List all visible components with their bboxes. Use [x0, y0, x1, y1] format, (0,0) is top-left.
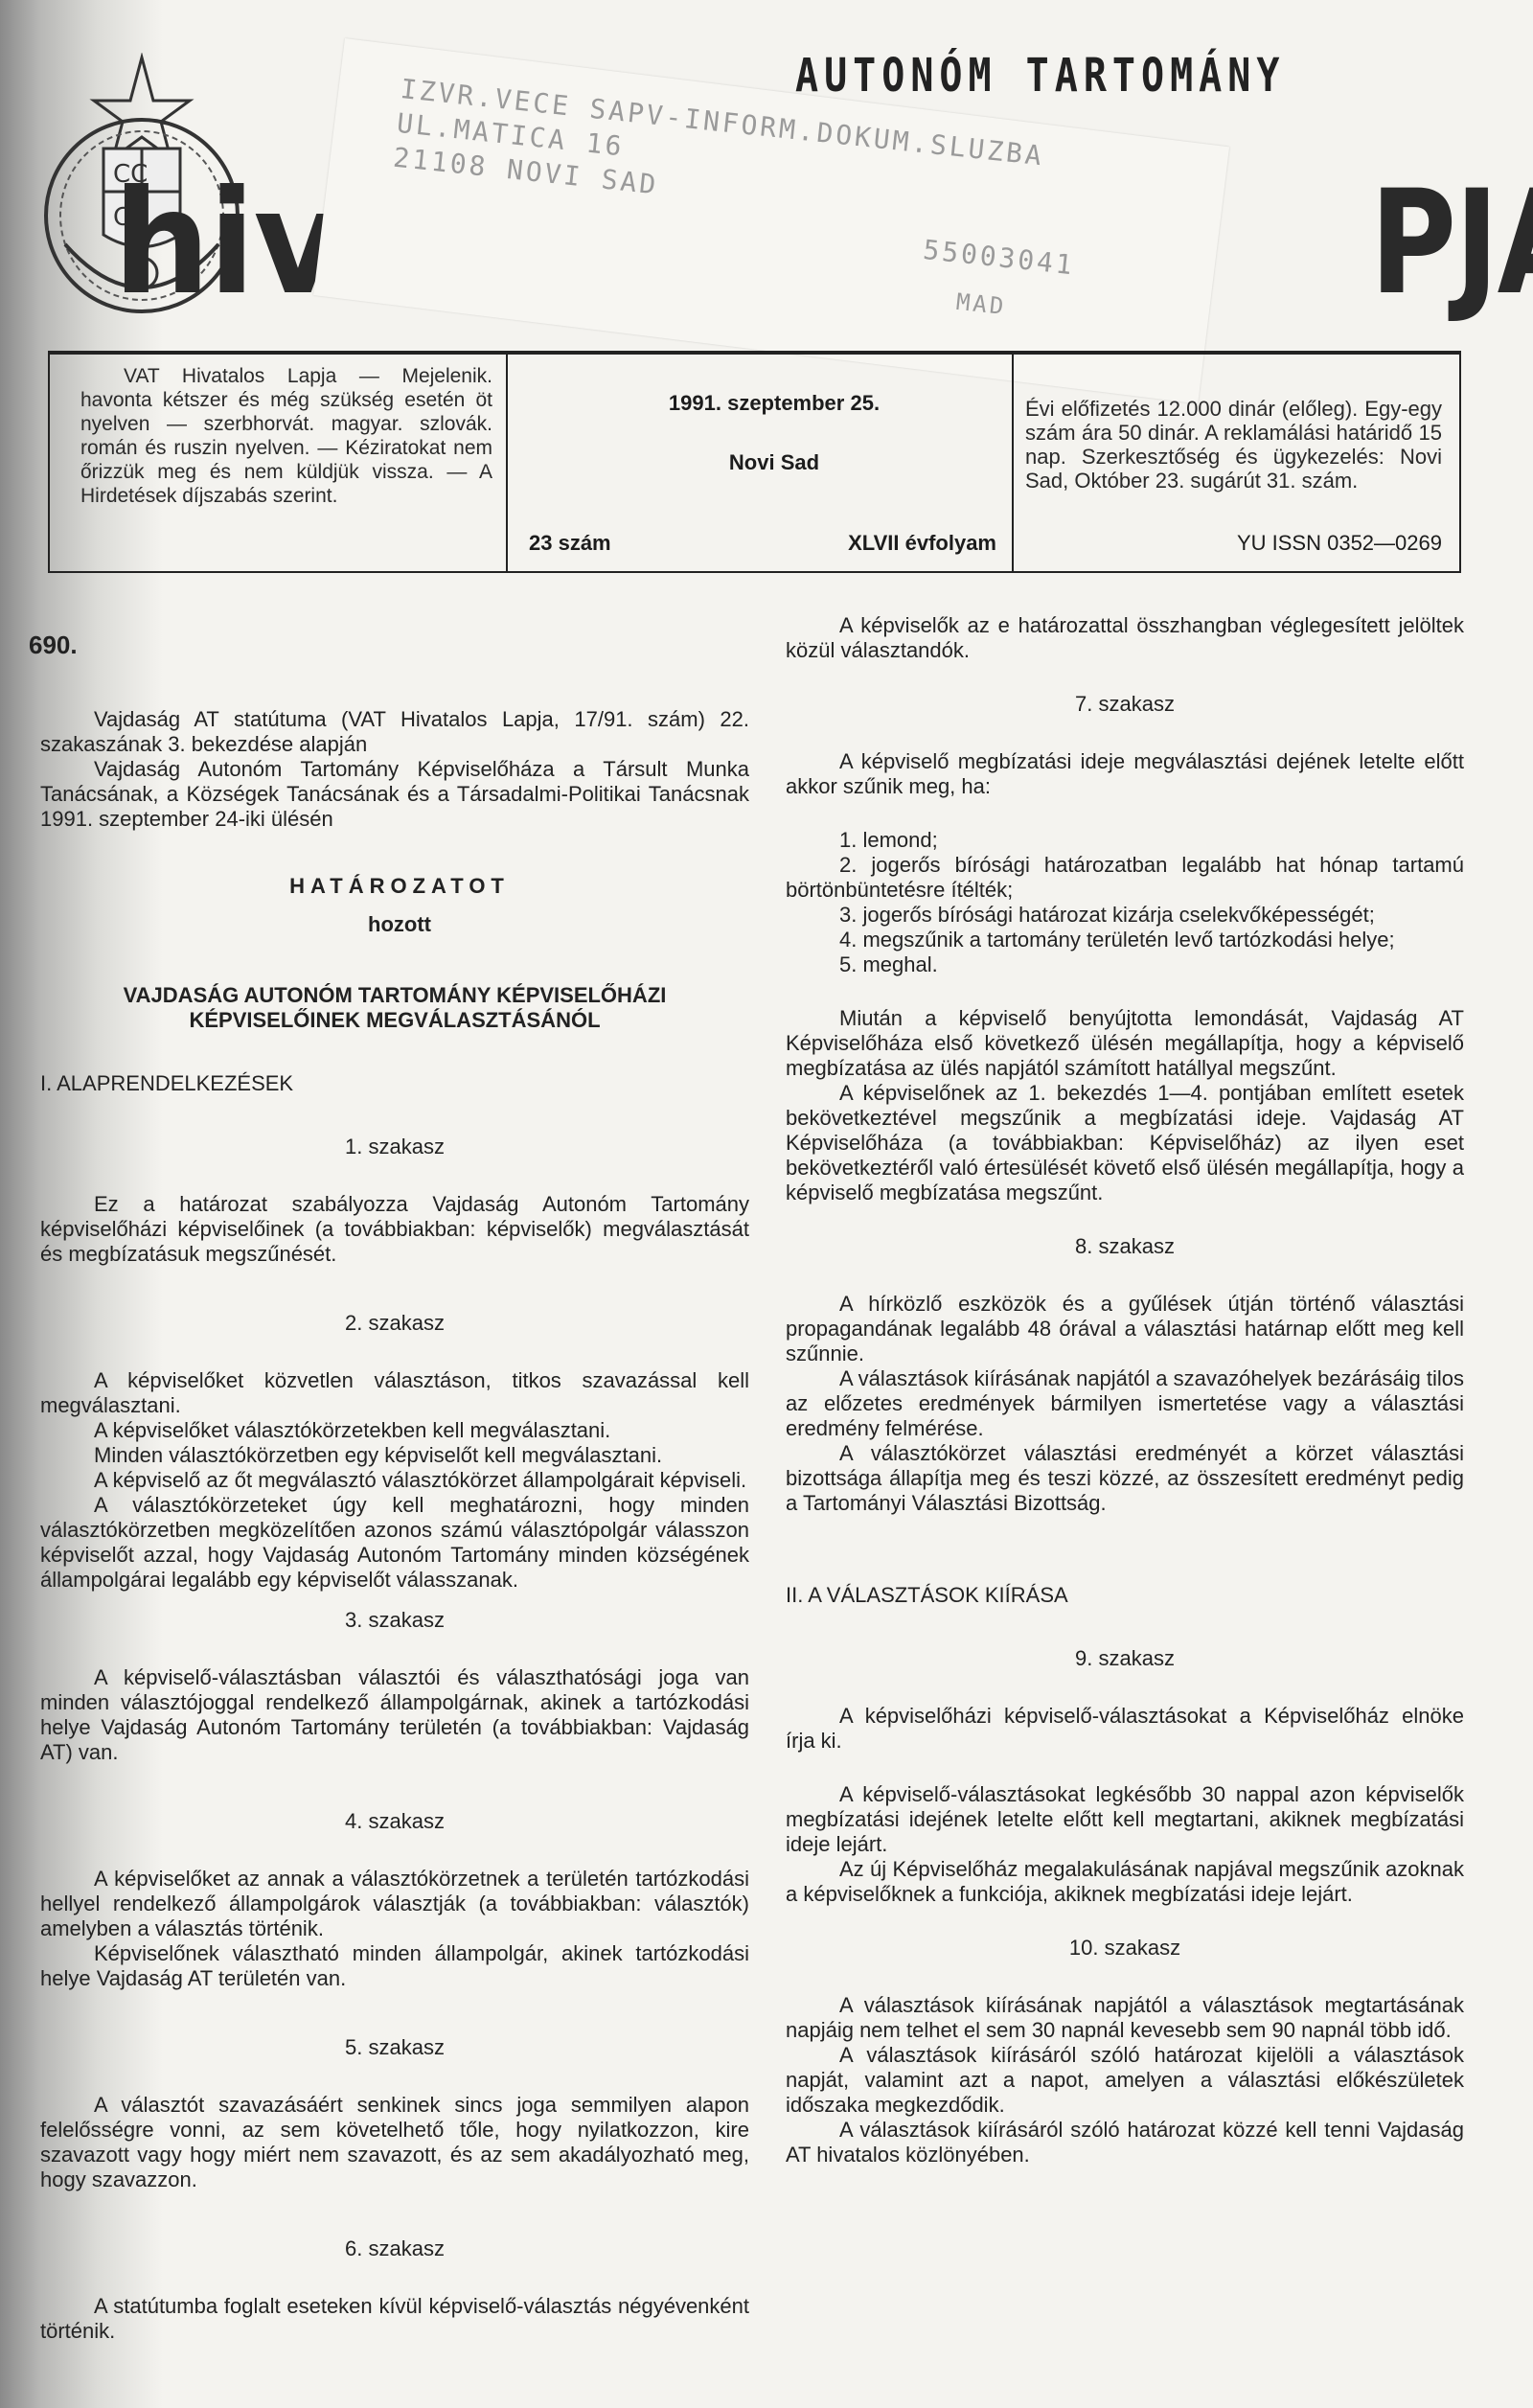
decision-heading: HATÁROZATOT: [40, 874, 749, 899]
masthead: СС СС hivata PJA AUTONÓM TARTOMÁNY IZVR.…: [0, 0, 1533, 326]
right-column: A képviselők az e határozattal összhangb…: [786, 594, 1464, 2167]
stamp-mad: MAD: [954, 285, 1008, 324]
section-4-paragraph-2: Képviselőnek választható minden állampol…: [40, 1941, 749, 1991]
section-7-title: 7. szakasz: [786, 692, 1464, 717]
section-9-paragraph-2: A képviselő-választásokat legkésőbb 30 n…: [786, 1782, 1464, 1857]
section-7-list-item-3: 3. jogerős bírósági határozat kizárja cs…: [786, 903, 1464, 928]
section-7-list-item-5: 5. meghal.: [786, 952, 1464, 977]
section-3-title: 3. szakasz: [40, 1608, 749, 1633]
section-2-paragraph-1: A képviselőket közvetlen választáson, ti…: [40, 1368, 749, 1418]
section-10-paragraph-1: A választások kiírásának napjától a vála…: [786, 1993, 1464, 2043]
publication-info-box: VAT Hivatalos Lapja — Mejelenik. havonta…: [48, 351, 1461, 573]
section-6-paragraph-2: A képviselők az e határozattal összhangb…: [786, 613, 1464, 663]
section-5-paragraph: A választót szavazásáért senkinek sincs …: [40, 2093, 749, 2192]
chapter-1-heading: I. ALAPRENDELKEZÉSEK: [40, 1071, 749, 1096]
issue-volume: XLVII évfolyam: [848, 531, 996, 556]
info-publisher-note: VAT Hivatalos Lapja — Mejelenik. havonta…: [50, 355, 508, 571]
chapter-2-heading: II. A VÁLASZTÁSOK KIÍRÁSA: [786, 1583, 1464, 1608]
info-issue-details: 1991. szeptember 25. Novi Sad 23 szám XL…: [508, 355, 1014, 571]
section-7-paragraph-1: A képviselő megbízatási ideje megválaszt…: [786, 749, 1464, 799]
title-right-fragment: PJA: [1370, 171, 1533, 316]
province-title: AUTONÓM TARTOMÁNY: [795, 50, 1285, 103]
section-7-paragraph-3: A képviselőnek az 1. bekezdés 1—4. pontj…: [786, 1081, 1464, 1205]
section-2-paragraph-5: A választókörzeteket úgy kell meghatároz…: [40, 1493, 749, 1593]
issue-date: 1991. szeptember 25.: [508, 391, 1012, 416]
section-2-paragraph-4: A képviselő az őt megválasztó választókö…: [40, 1468, 749, 1493]
section-1-title: 1. szakasz: [40, 1135, 749, 1159]
section-2-paragraph-3: Minden választókörzetben egy képviselőt …: [40, 1443, 749, 1468]
section-7-list-item-2: 2. jogerős bírósági határozatban legaláb…: [786, 853, 1464, 903]
section-10-paragraph-3: A választások kiírásáról szóló határozat…: [786, 2118, 1464, 2167]
subscription-text: Évi előfizetés 12.000 dinár (előleg). Eg…: [1025, 397, 1442, 493]
preamble-1: Vajdaság AT statútuma (VAT Hivatalos Lap…: [40, 707, 749, 757]
section-8-paragraph-3: A választókörzet választási eredményét a…: [786, 1441, 1464, 1516]
section-3-paragraph: A képviselő-választásban választói és vá…: [40, 1665, 749, 1765]
section-8-title: 8. szakasz: [786, 1234, 1464, 1259]
section-4-title: 4. szakasz: [40, 1809, 749, 1834]
section-4-paragraph-1: A képviselőket az annak a választókörzet…: [40, 1867, 749, 1941]
section-2-title: 2. szakasz: [40, 1311, 749, 1336]
section-9-title: 9. szakasz: [786, 1646, 1464, 1671]
section-8-paragraph-2: A választások kiírásának napjától a szav…: [786, 1366, 1464, 1441]
issue-city: Novi Sad: [508, 450, 1012, 475]
decree-number: 690.: [29, 632, 749, 657]
section-10-title: 10. szakasz: [786, 1936, 1464, 1961]
section-10-paragraph-2: A választások kiírásáról szóló határozat…: [786, 2043, 1464, 2118]
section-7-list-item-4: 4. megszűnik a tartomány területén levő …: [786, 928, 1464, 952]
section-6-paragraph-1: A statútumba foglalt eseteken kívül képv…: [40, 2294, 749, 2344]
decree-title: VAJDASÁG AUTONÓM TARTOMÁNY KÉPVISELŐHÁZI…: [40, 983, 749, 1033]
section-2-paragraph-2: A képviselőket választókörzetekben kell …: [40, 1418, 749, 1443]
preamble-2: Vajdaság Autonóm Tartomány Képviselőháza…: [40, 757, 749, 832]
publisher-note-text: VAT Hivatalos Lapja — Mejelenik. havonta…: [80, 364, 492, 508]
section-8-paragraph-1: A hírközlő eszközök és a gyűlések útján …: [786, 1292, 1464, 1366]
section-6-title: 6. szakasz: [40, 2236, 749, 2261]
section-7-list-item-1: 1. lemond;: [786, 828, 1464, 853]
section-9-paragraph-1: A képviselőházi képviselő-választásokat …: [786, 1704, 1464, 1754]
section-1-paragraph: Ez a határozat szabályozza Vajdaság Auto…: [40, 1192, 749, 1267]
section-9-paragraph-3: Az új Képviselőház megalakulásának napjá…: [786, 1857, 1464, 1907]
section-5-title: 5. szakasz: [40, 2035, 749, 2060]
decision-subheading: hozott: [40, 912, 749, 937]
left-column: 690. Vajdaság AT statútuma (VAT Hivatalo…: [40, 594, 749, 2344]
issue-number: 23 szám: [529, 531, 611, 556]
section-7-paragraph-2: Miután a képviselő benyújtotta lemondásá…: [786, 1006, 1464, 1081]
info-subscription: Évi előfizetés 12.000 dinár (előleg). Eg…: [1014, 355, 1459, 571]
issn: YU ISSN 0352—0269: [1237, 531, 1442, 556]
